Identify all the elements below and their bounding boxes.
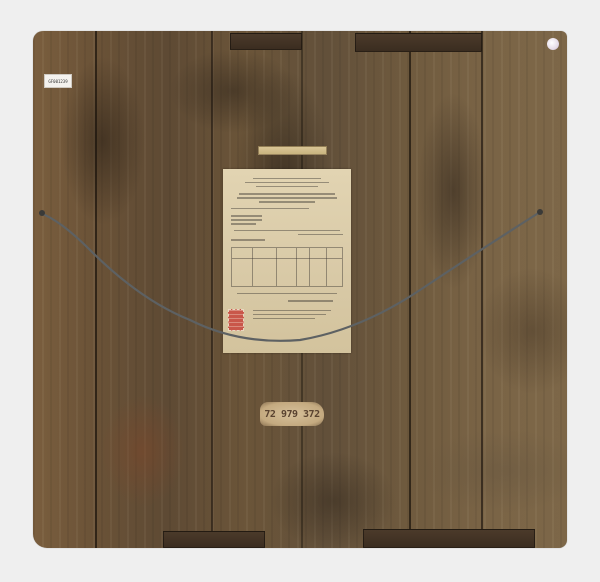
hanging-wire <box>0 0 600 582</box>
chalk-number-label: 72 979 372 <box>260 402 324 426</box>
chalk-number: 72 979 372 <box>264 409 319 420</box>
